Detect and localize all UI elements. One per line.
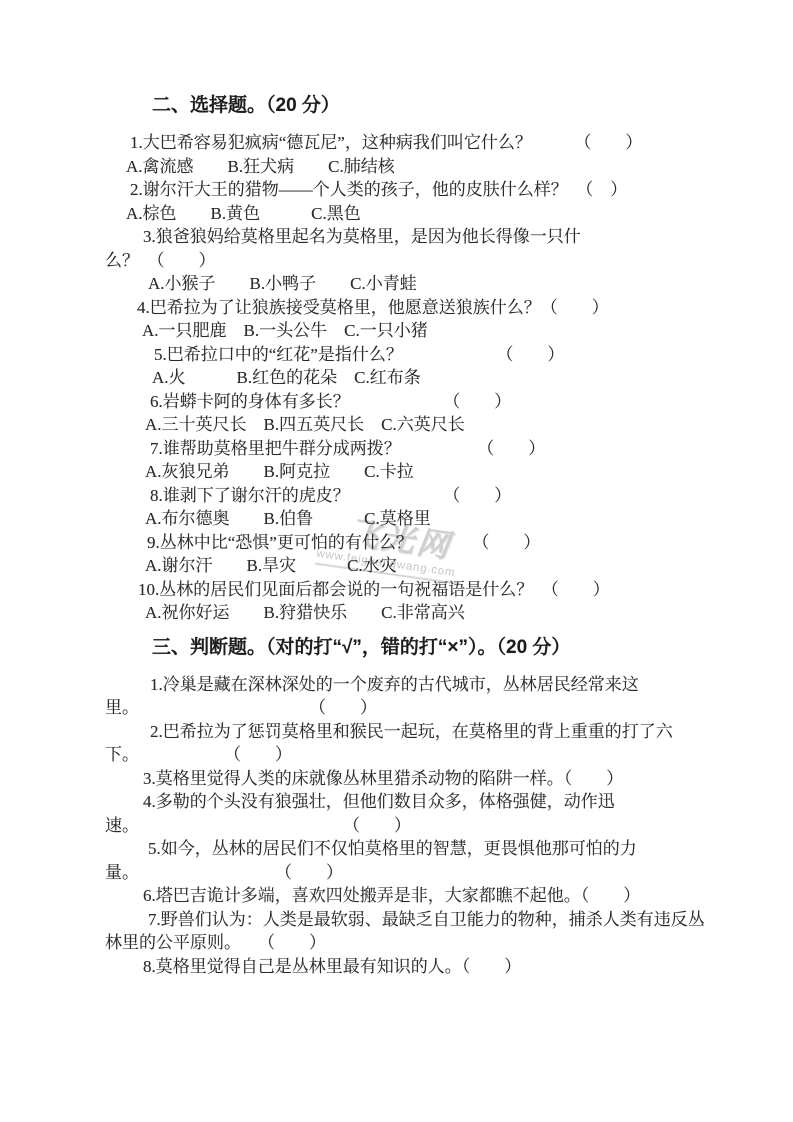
options-line: A.火 B.红色的花朵 C.红布条 [105, 366, 755, 390]
options-line: A.一只肥鹿 B.一头公牛 C.一只小猪 [105, 319, 755, 343]
question-line: 4.多勒的个头没有狼强壮，但他们数目众多，体格强健，动作迅 [105, 790, 755, 814]
continuation-line: 下。 （ ） [105, 743, 755, 767]
continuation-line: 么？ （ ） [105, 249, 755, 273]
options-line: A.禽流感 B.狂犬病 C.肺结核 [105, 155, 755, 179]
options-line: A.灰狼兄弟 B.阿克拉 C.卡拉 [105, 460, 755, 484]
question-line: 3.狼爸狼妈给莫格里起名为莫格里，是因为他长得像一只什 [105, 225, 755, 249]
continuation-line: 速。 （ ） [105, 814, 755, 838]
section-title: 二、选择题。（20 分） [105, 93, 755, 119]
exam-content: 二、选择题。（20 分）1.大巴希容易犯疯病“德瓦尼”，这种病我们叫它什么？ （… [0, 0, 793, 978]
section-title: 三、判断题。（对的打“√”，错的打“×”）。（20 分） [105, 635, 755, 661]
options-line: A.三十英尺长 B.四五英尺长 C.六英尺长 [105, 413, 755, 437]
options-line: A.小猴子 B.小鸭子 C.小青蛙 [105, 272, 755, 296]
question-line: 3.莫格里觉得人类的床就像丛林里猎杀动物的陷阱一样。（ ） [105, 767, 755, 791]
options-line: A.祝你好运 B.狩猎快乐 C.非常高兴 [105, 601, 755, 625]
exam-page: 飞光网 www.feiguangwang.com 二、选择题。（20 分）1.大… [0, 0, 793, 1122]
options-line: A.布尔德奥 B.伯鲁 C.莫格里 [105, 507, 755, 531]
question-line: 6.塔巴吉诡计多端，喜欢四处搬弄是非，大家都瞧不起他。（ ） [105, 884, 755, 908]
question-line: 5.巴希拉口中的“红花”是指什么？ （ ） [105, 343, 755, 367]
question-line: 2.谢尔汗大王的猎物——个人类的孩子，他的皮肤什么样？ （ ） [105, 178, 755, 202]
question-line: 4.巴希拉为了让狼族接受莫格里，他愿意送狼族什么？（ ） [105, 296, 755, 320]
question-line: 7.野兽们认为：人类是最软弱、最缺乏自卫能力的物种，捕杀人类有违反丛 [105, 908, 755, 932]
question-line: 5.如今，丛林的居民们不仅怕莫格里的智慧，更畏惧他那可怕的力 [105, 837, 755, 861]
question-line: 1.冷巢是藏在深林深处的一个废弃的古代城市，丛林居民经常来这 [105, 673, 755, 697]
options-line: A.谢尔汗 B.旱灾 C.水灾 [105, 554, 755, 578]
question-line: 1.大巴希容易犯疯病“德瓦尼”，这种病我们叫它什么？ （ ） [105, 131, 755, 155]
question-line: 8.谁剥下了谢尔汗的虎皮？ （ ） [105, 484, 755, 508]
continuation-line: 林里的公平原则。 （ ） [105, 931, 755, 955]
continuation-line: 里。 （ ） [105, 696, 755, 720]
question-line: 9.丛林中比“恐惧”更可怕的有什么？ （ ） [105, 531, 755, 555]
question-line: 2.巴希拉为了惩罚莫格里和猴民一起玩，在莫格里的背上重重的打了六 [105, 720, 755, 744]
question-line: 10.丛林的居民们见面后都会说的一句祝福语是什么？ （ ） [105, 578, 755, 602]
question-line: 7.谁帮助莫格里把牛群分成两拨？ （ ） [105, 437, 755, 461]
continuation-line: 量。 （ ） [105, 861, 755, 885]
question-line: 8.莫格里觉得自己是丛林里最有知识的人。（ ） [105, 955, 755, 979]
question-line: 6.岩蟒卡阿的身体有多长？ （ ） [105, 390, 755, 414]
options-line: A.棕色 B.黄色 C.黑色 [105, 202, 755, 226]
